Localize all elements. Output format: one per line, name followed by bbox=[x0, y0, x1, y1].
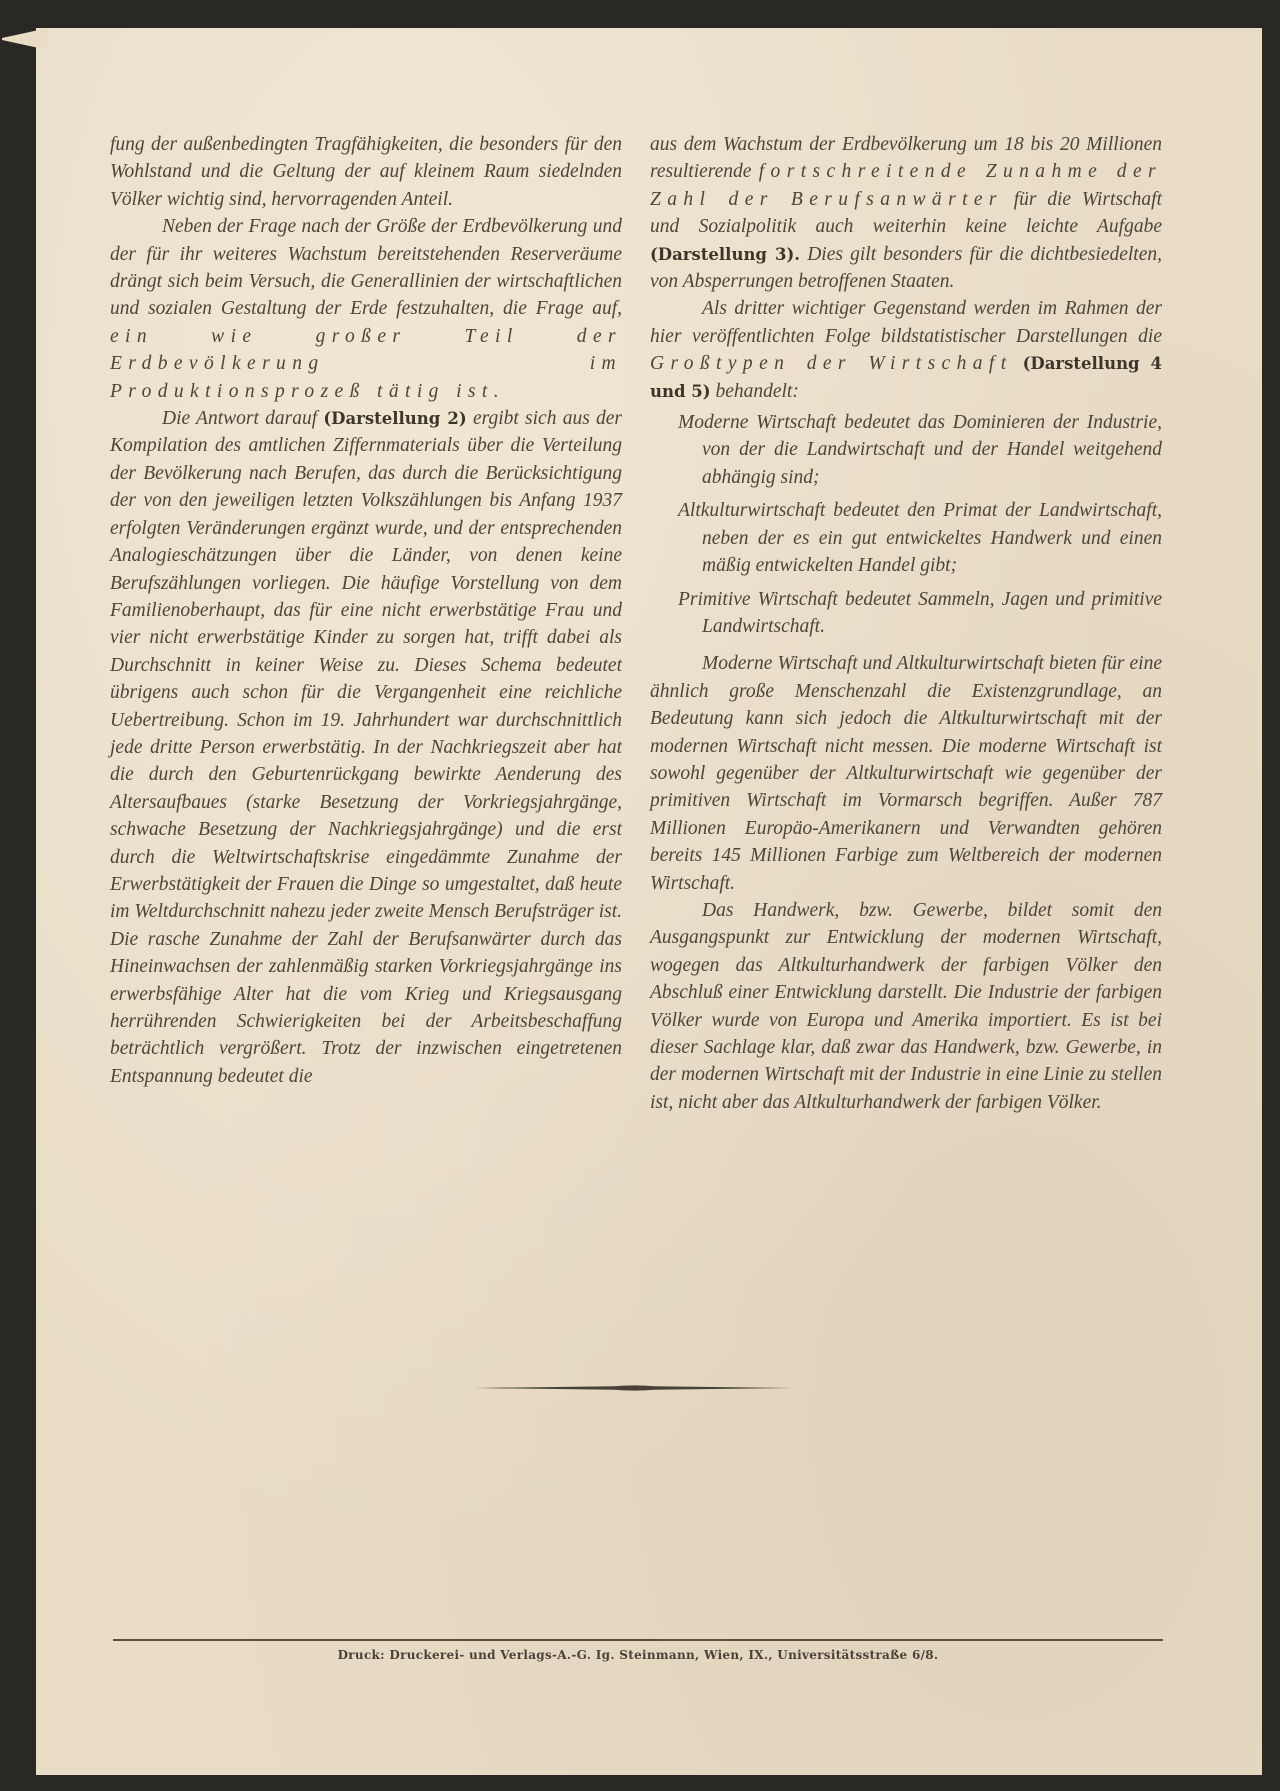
paragraph-erdbevoelkerung: Neben der Frage nach der Größe der Erdbe… bbox=[110, 213, 622, 405]
left-column: fung der außenbedingten Tragfähigkeiten,… bbox=[110, 131, 622, 1090]
paragraph-antwort: Die Antwort darauf (Darstellung 2) ergib… bbox=[110, 405, 622, 1090]
paragraph-text: Als dritter wichtiger Gegenstand werden … bbox=[650, 298, 1162, 346]
definition-altkulturwirtschaft: Altkulturwirtschaft bedeutet den Primat … bbox=[650, 497, 1162, 579]
paragraph-text: behandelt: bbox=[715, 381, 798, 402]
definition-moderne-wirtschaft: Moderne Wirtschaft bedeutet das Dominier… bbox=[650, 409, 1162, 491]
page-corner-tab bbox=[2, 28, 48, 48]
paragraph-text: Neben der Frage nach der Größe der Erdbe… bbox=[110, 216, 622, 319]
section-divider-ornament bbox=[474, 1384, 794, 1392]
paragraph-vergleich: Moderne Wirtschaft und Altkulturwirtscha… bbox=[650, 650, 1162, 897]
figure-reference: (Darstellung 2) bbox=[323, 409, 466, 428]
paragraph-berufsanwaerter: aus dem Wachstum der Erdbevölkerung um 1… bbox=[650, 131, 1162, 295]
printer-imprint: Druck: Druckerei- und Verlags-A.-G. Ig. … bbox=[113, 1648, 1163, 1662]
paragraph-text: ergibt sich aus der Kompilation des amtl… bbox=[110, 408, 622, 1087]
definition-primitive-wirtschaft: Primitive Wirtschaft bedeutet Sammeln, J… bbox=[650, 586, 1162, 641]
paragraph-continuation: fung der außenbedingten Tragfähigkeiten,… bbox=[110, 131, 622, 213]
emphasized-phrase: Großtypen der Wirtschaft bbox=[650, 353, 1013, 374]
paragraph-handwerk: Das Handwerk, bzw. Gewerbe, bildet somit… bbox=[650, 897, 1162, 1116]
paragraph-grosstypen: Als dritter wichtiger Gegenstand werden … bbox=[650, 295, 1162, 405]
emphasized-question: ein wie großer Teil der Erdbevölkerung i… bbox=[110, 326, 622, 402]
footer-rule bbox=[113, 1639, 1163, 1641]
figure-reference: (Darstellung 3). bbox=[650, 245, 800, 264]
right-column: aus dem Wachstum der Erdbevölkerung um 1… bbox=[650, 131, 1162, 1116]
paragraph-text: Die Antwort darauf bbox=[162, 408, 317, 429]
